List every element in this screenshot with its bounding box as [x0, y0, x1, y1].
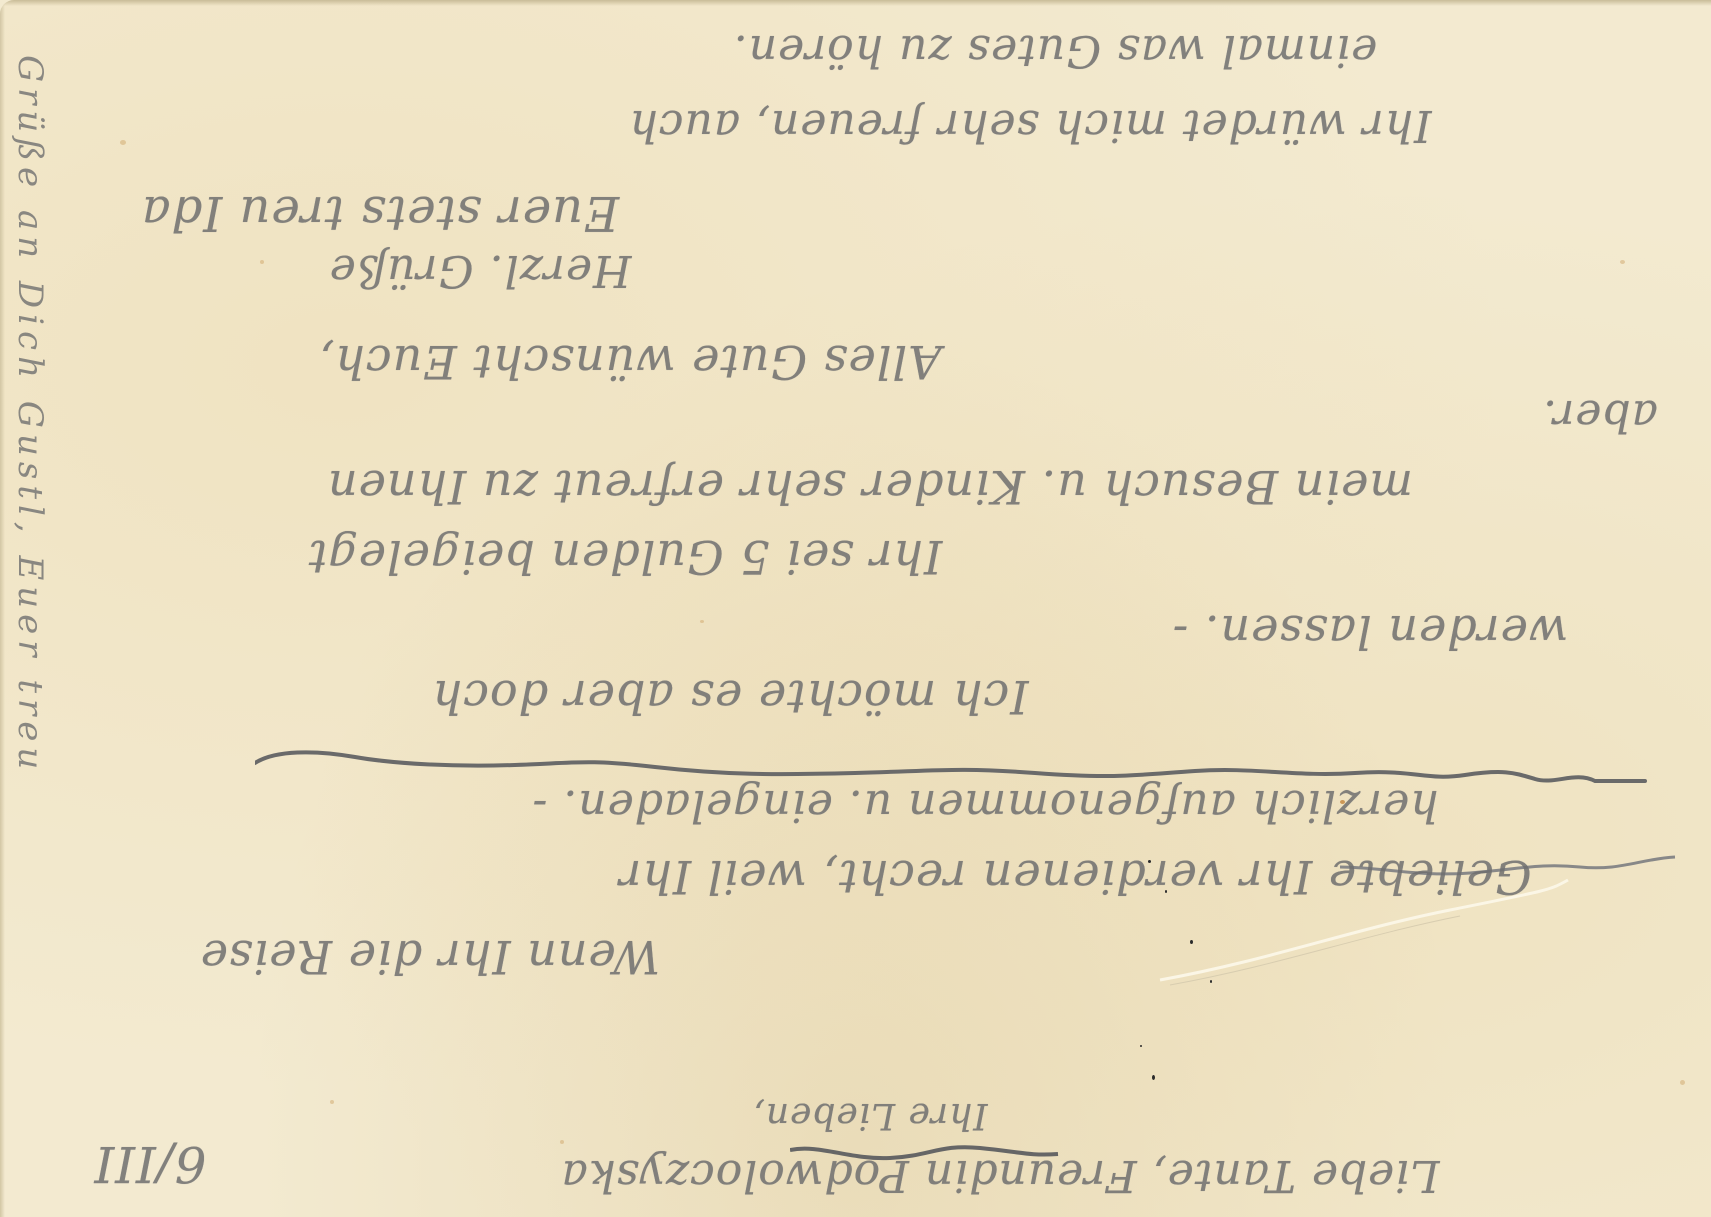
handwritten-line: einmal was Gutes zu hören.	[440, 25, 1670, 76]
handwritten-line: werden lassen. -	[1050, 605, 1690, 659]
foxing-spot	[330, 1100, 334, 1104]
handwritten-line: mein Besuch u. Kinder sehr erfreut zu Ih…	[60, 460, 1680, 514]
card-edge-top	[0, 0, 1711, 6]
handwritten-line: Liebe Tante, Freundin Podwoloczyska	[290, 1150, 1710, 1201]
foxing-spot	[1620, 260, 1625, 264]
handwritten-line: Herzl. Grüße	[280, 245, 680, 296]
handwritten-line: Geliebte Ihr verdienen recht, weil Ihr	[460, 850, 1690, 904]
foxing-spot	[120, 140, 126, 145]
handwritten-line: Ich möchte es aber doch	[230, 670, 1230, 724]
signature: Euer stets treu Ida	[100, 185, 660, 241]
handwritten-line: Ihr sei 5 Gulden beigelegt	[60, 530, 1190, 584]
margin-note: Grüße an Dich Gustl, Euer treu	[10, 55, 50, 775]
foxing-spot	[260, 260, 264, 264]
date-note: 6/III	[70, 1135, 230, 1193]
handwritten-line: Ihr würdet mich sehr freuen, auch	[410, 100, 1650, 151]
ink-speck	[1140, 1045, 1142, 1047]
card-edge-left	[0, 0, 5, 1217]
ink-speck	[1152, 1075, 1155, 1080]
handwritten-line: Ihre Lieben,	[690, 1095, 1050, 1136]
foxing-spot	[700, 620, 704, 623]
postcard: einmal was Gutes zu hören. Ihr würdet mi…	[0, 0, 1711, 1217]
handwritten-line: Wenn Ihr die Reise	[70, 930, 790, 984]
foxing-spot	[560, 1140, 564, 1144]
handwritten-line: aber.	[1500, 390, 1700, 441]
handwritten-line: herzlich aufgenommen u. eingeladen. -	[290, 780, 1680, 831]
foxing-spot	[1680, 1080, 1685, 1085]
handwritten-line: Alles Gute wünscht Euch,	[180, 335, 1080, 389]
